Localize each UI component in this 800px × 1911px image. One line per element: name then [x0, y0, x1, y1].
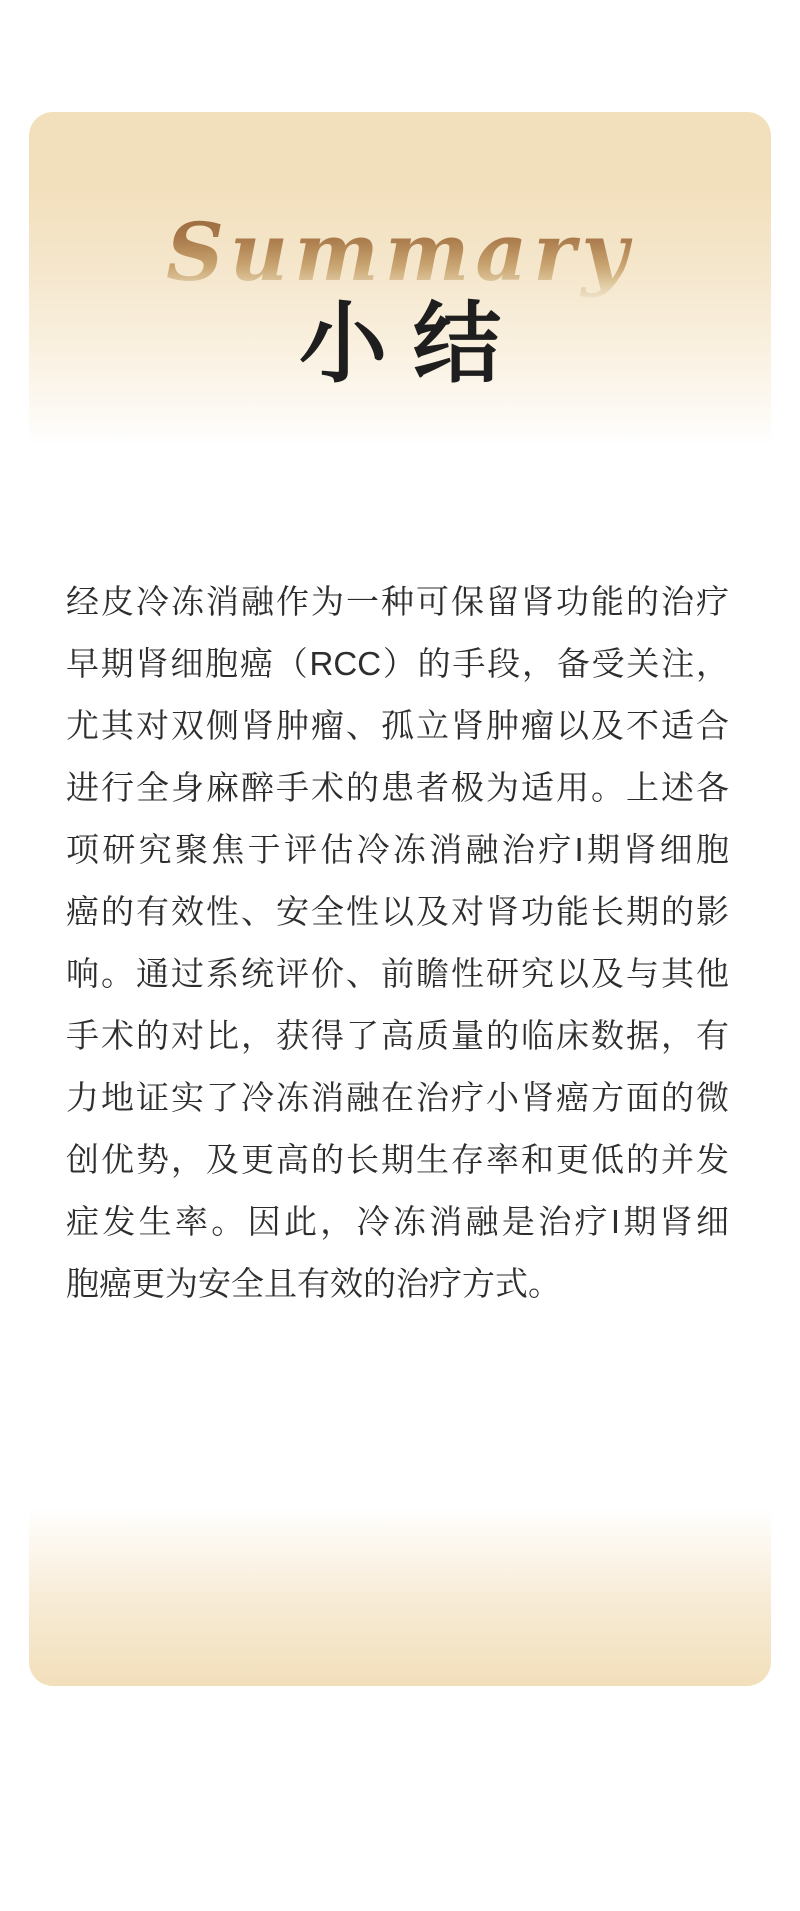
paragraph-line: 尤其对双侧肾肿瘤、孤立肾肿瘤以及不适合 — [66, 695, 729, 757]
paragraph-line: 进行全身麻醉手术的患者极为适用。上述各 — [66, 757, 729, 819]
paragraph-line: 力地证实了冷冻消融在治疗小肾癌方面的微 — [66, 1067, 729, 1129]
paragraph-line: 早期肾细胞癌（RCC）的手段，备受关注， — [66, 633, 729, 695]
summary-card: Summary 小结 经皮冷冻消融作为一种可保留肾功能的治疗 早期肾细胞癌（RC… — [29, 112, 771, 1686]
summary-cn-heading: 小结 — [29, 302, 771, 390]
paragraph-line: 经皮冷冻消融作为一种可保留肾功能的治疗 — [66, 571, 729, 633]
summary-script-heading: Summary — [29, 208, 771, 296]
paragraph-line: 创优势，及更高的长期生存率和更低的并发 — [66, 1129, 729, 1191]
paragraph-line: 症发生率。因此，冷冻消融是治疗I期肾细 — [66, 1191, 729, 1253]
paragraph-line: 项研究聚焦于评估冷冻消融治疗I期肾细胞 — [66, 819, 729, 881]
paragraph-line: 胞癌更为安全且有效的治疗方式。 — [66, 1253, 729, 1315]
summary-paragraph: 经皮冷冻消融作为一种可保留肾功能的治疗 早期肾细胞癌（RCC）的手段，备受关注，… — [66, 571, 729, 1315]
summary-script-text: Summary — [166, 205, 634, 299]
paragraph-line: 手术的对比，获得了高质量的临床数据，有 — [66, 1005, 729, 1067]
page: Summary 小结 经皮冷冻消融作为一种可保留肾功能的治疗 早期肾细胞癌（RC… — [0, 0, 800, 1911]
paragraph-line: 癌的有效性、安全性以及对肾功能长期的影 — [66, 881, 729, 943]
paragraph-line: 响。通过系统评价、前瞻性研究以及与其他 — [66, 943, 729, 1005]
